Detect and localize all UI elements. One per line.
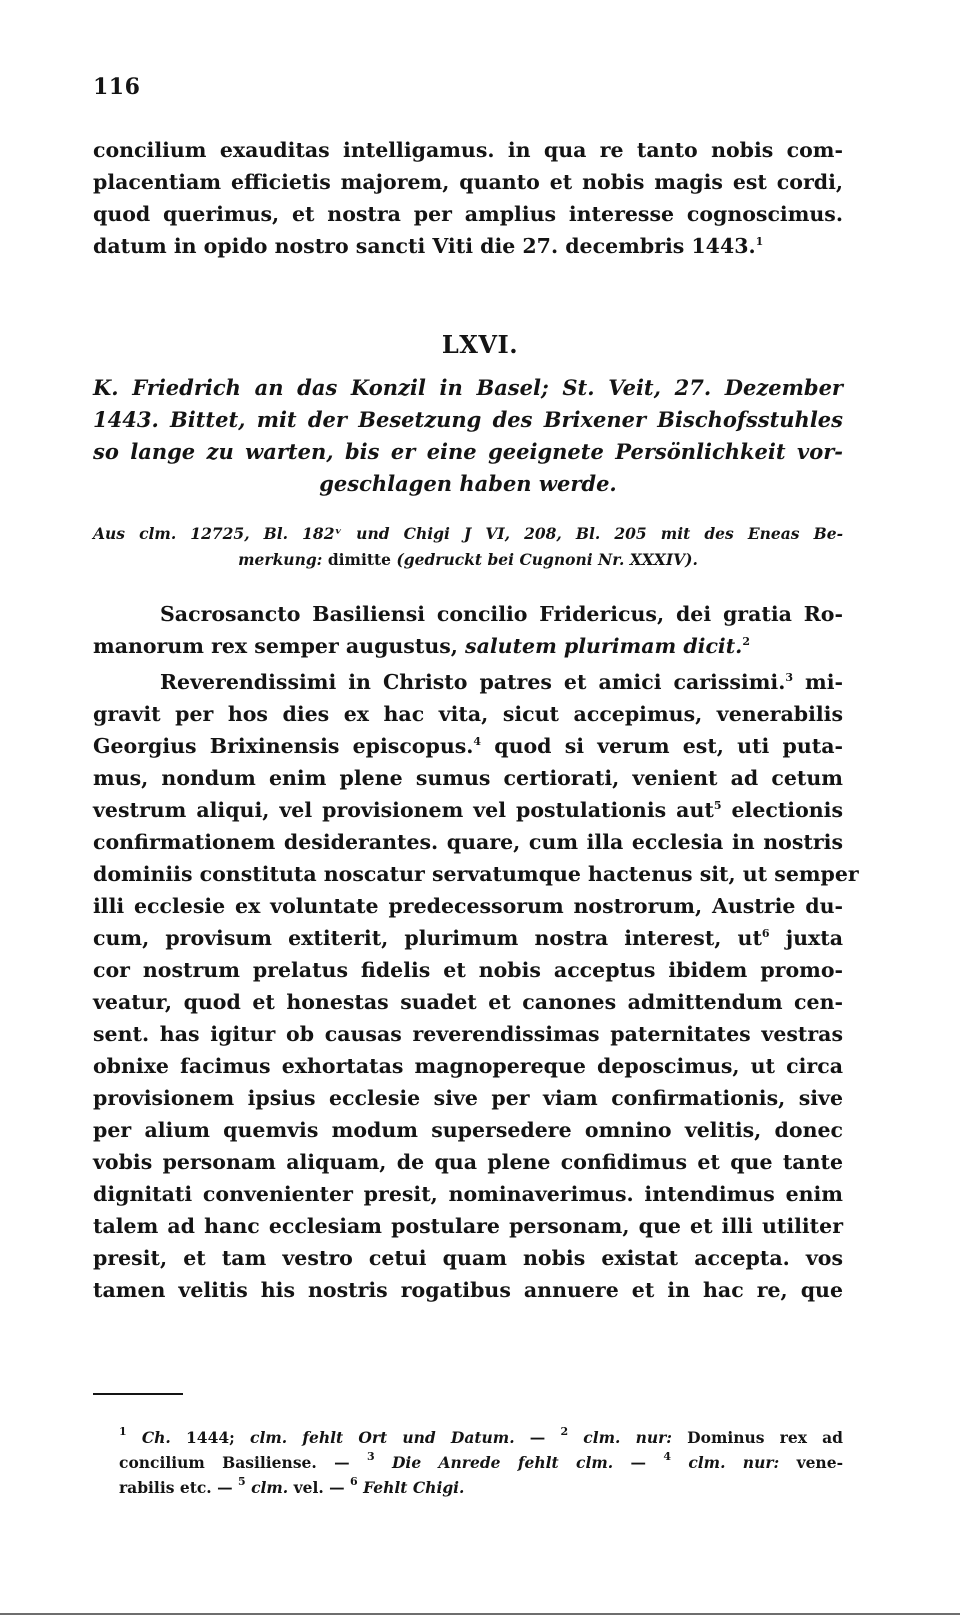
- text-line: placentiam efficietis majorem, quanto et…: [93, 166, 843, 198]
- text-line: vestrum aliqui, vel provisionem vel post…: [93, 794, 843, 826]
- source-line: Aus clm. 12725, Bl. 182ᵛ und Chigi J VI,…: [93, 522, 843, 546]
- footnote-ref: 3: [785, 671, 793, 684]
- text-line: concilium exauditas intelligamus. in qua…: [93, 134, 843, 166]
- footnote-ref: 6: [762, 927, 770, 940]
- footnote-line: concilium Basiliense. — 3 Die Anrede feh…: [119, 1450, 843, 1475]
- text-line: quod querimus, et nostra per amplius int…: [93, 198, 843, 230]
- text-line: gravit per hos dies ex hac vita, sicut a…: [93, 698, 843, 730]
- footnote-ref: 1: [756, 235, 764, 248]
- text-line: Georgius Brixinensis episcopus.4 quod si…: [93, 730, 843, 762]
- text-line: manorum rex semper augustus, salutem plu…: [93, 630, 843, 662]
- text-line: obnixe facimus exhortatas magnopereque d…: [93, 1050, 843, 1082]
- source-line: merkung: dimitte (gedruckt bei Cugnoni N…: [93, 548, 843, 572]
- page-number: 116: [93, 74, 140, 100]
- text-line: Sacrosancto Basiliensi concilio Frideric…: [160, 598, 843, 630]
- summary-line: geschlagen haben werde.: [93, 468, 843, 500]
- summary-line: K. Friedrich an das Konzil in Basel; St.…: [93, 372, 843, 404]
- text-line: presit, et tam vestro cetui quam nobis e…: [93, 1242, 843, 1274]
- text-line: illi ecclesie ex voluntate predecessorum…: [93, 890, 843, 922]
- text-line: confirmationem desiderantes. quare, cum …: [93, 826, 843, 858]
- summary-line: 1443. Bittet, mit der Besetzung des Brix…: [93, 404, 843, 436]
- text-line: dignitati convenienter presit, nominaver…: [93, 1178, 843, 1210]
- footnote-ref: 4: [473, 735, 481, 748]
- summary-line: so lange zu warten, bis er eine geeignet…: [93, 436, 843, 468]
- text-line: cum, provisum extiterit, plurimum nostra…: [93, 922, 843, 954]
- footnote-line: 1 Ch. 1444; clm. fehlt Ort und Datum. — …: [119, 1425, 843, 1450]
- text-line: tamen velitis his nostris rogatibus annu…: [93, 1274, 843, 1306]
- text-line: per alium quemvis modum supersedere omni…: [93, 1114, 843, 1146]
- text-line: sent. has igitur ob causas reverendissim…: [93, 1018, 843, 1050]
- text-line: datum in opido nostro sancti Viti die 27…: [93, 230, 843, 262]
- document-number-heading: LXVI.: [0, 330, 960, 359]
- text-line: veatur, quod et honestas suadet et canon…: [93, 986, 843, 1018]
- text-line: Reverendissimi in Christo patres et amic…: [160, 666, 843, 698]
- footnote-separator: [93, 1393, 183, 1395]
- text-line: talem ad hanc ecclesiam postulare person…: [93, 1210, 843, 1242]
- text-line: provisionem ipsius ecclesie sive per via…: [93, 1082, 843, 1114]
- footnote-ref: 2: [742, 635, 750, 648]
- text-line: mus, nondum enim plene sumus certiorati,…: [93, 762, 843, 794]
- footnote-line: rabilis etc. — 5 clm. vel. — 6 Fehlt Chi…: [119, 1475, 843, 1500]
- text-line: vobis personam aliquam, de qua plene con…: [93, 1146, 843, 1178]
- text-line: cor nostrum prelatus fidelis et nobis ac…: [93, 954, 843, 986]
- text-line: dominiis constituta noscatur servatumque…: [93, 858, 843, 890]
